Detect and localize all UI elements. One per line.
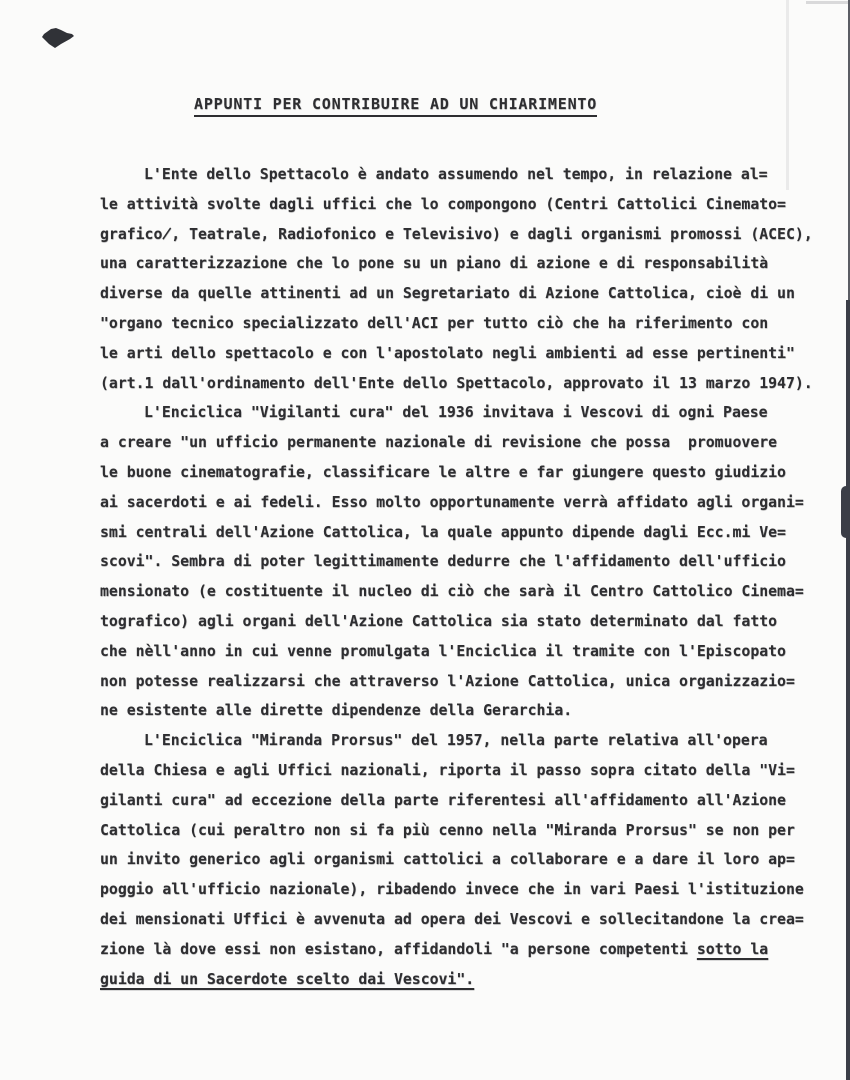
document-line: della Chiesa e agli Uffici nazionali, ri…	[100, 756, 820, 786]
text-segment: L'Ente dello Spettacolo è andato assumen…	[144, 166, 768, 183]
document-line: L'Ente dello Spettacolo è andato assumen…	[100, 160, 820, 190]
document-line: guida di un Sacerdote scelto dai Vescovi…	[100, 965, 820, 995]
document-line: le attività svolte dagli uffici che lo c…	[100, 190, 820, 220]
document-line: non potesse realizzarsi che attraverso l…	[100, 667, 820, 697]
document-line: gilanti cura" ad eccezione della parte r…	[100, 786, 820, 816]
text-segment: le attività svolte dagli uffici che lo c…	[100, 196, 786, 213]
text-segment: "organo tecnico specializzato dell'ACI p…	[100, 315, 768, 332]
text-segment: un invito generico agli organismi cattol…	[100, 851, 795, 868]
text-segment: non potesse realizzarsi che attraverso l…	[100, 673, 795, 690]
scan-edge-strip-lower	[846, 300, 850, 1080]
text-segment: smi centrali dell'Azione Cattolica, la q…	[100, 524, 786, 541]
document-body: L'Ente dello Spettacolo è andato assumen…	[100, 160, 820, 994]
text-segment: della Chiesa e agli Uffici nazionali, ri…	[100, 762, 795, 779]
text-segment: ai sacerdoti e ai fedeli. Esso molto opp…	[100, 494, 804, 511]
text-segment: grafico̸, Teatrale, Radiofonico e Televi…	[100, 226, 813, 243]
text-segment: Cattolica (cui peraltro non si fa più ce…	[100, 822, 795, 839]
document-line: ne esistente alle dirette dipendenze del…	[100, 696, 820, 726]
scanned-document-page: APPUNTI PER CONTRIBUIRE AD UN CHIARIMENT…	[0, 0, 850, 1080]
text-segment: una caratterizzazione che lo pone su un …	[100, 255, 768, 272]
document-line: mensionato (e costituente il nucleo di c…	[100, 577, 820, 607]
text-segment: le arti dello spettacolo e con l'apostol…	[100, 345, 795, 362]
document-line: un invito generico agli organismi cattol…	[100, 845, 820, 875]
scan-edge-strip-blob	[841, 486, 850, 538]
paragraph: L'Enciclica "Vigilanti cura" del 1936 in…	[100, 398, 820, 726]
paragraph: L'Enciclica "Miranda Prorsus" del 1957, …	[100, 726, 820, 994]
text-segment: le buone cinematografie, classificare le…	[100, 464, 786, 481]
document-line: una caratterizzazione che lo pone su un …	[100, 249, 820, 279]
document-line: tografico) agli organi dell'Azione Catto…	[100, 607, 820, 637]
text-segment: scovi". Sembra di poter legittimamente d…	[100, 553, 786, 570]
document-line: "organo tecnico specializzato dell'ACI p…	[100, 309, 820, 339]
text-segment: L'Enciclica "Vigilanti cura" del 1936 in…	[144, 404, 768, 421]
document-line: grafico̸, Teatrale, Radiofonico e Televi…	[100, 220, 820, 250]
text-segment: ne esistente alle dirette dipendenze del…	[100, 702, 572, 719]
text-segment: a creare "un ufficio permanente nazional…	[100, 434, 777, 451]
document-line: smi centrali dell'Azione Cattolica, la q…	[100, 518, 820, 548]
text-segment: dei mensionati Uffici è avvenuta ad oper…	[100, 911, 804, 928]
document-line: che nèll'anno in cui venne promulgata l'…	[100, 637, 820, 667]
ink-blot-mark	[41, 27, 77, 51]
document-line: (art.1 dall'ordinamento dell'Ente dello …	[100, 369, 820, 399]
page-title: APPUNTI PER CONTRIBUIRE AD UN CHIARIMENT…	[194, 95, 597, 117]
document-line: diverse da quelle attinenti ad un Segret…	[100, 279, 820, 309]
paragraph: L'Ente dello Spettacolo è andato assumen…	[100, 160, 820, 398]
document-line: Cattolica (cui peraltro non si fa più ce…	[100, 816, 820, 846]
text-segment: mensionato (e costituente il nucleo di c…	[100, 583, 804, 600]
document-line: ai sacerdoti e ai fedeli. Esso molto opp…	[100, 488, 820, 518]
underlined-text-segment: guida di un Sacerdote scelto dai Vescovi…	[100, 971, 474, 988]
document-line: poggio all'ufficio nazionale), ribadendo…	[100, 875, 820, 905]
document-line: L'Enciclica "Vigilanti cura" del 1936 in…	[100, 398, 820, 428]
document-line: le buone cinematografie, classificare le…	[100, 458, 820, 488]
text-segment: che nèll'anno in cui venne promulgata l'…	[100, 643, 786, 660]
document-line: L'Enciclica "Miranda Prorsus" del 1957, …	[100, 726, 820, 756]
document-line: le arti dello spettacolo e con l'apostol…	[100, 339, 820, 369]
text-segment: (art.1 dall'ordinamento dell'Ente dello …	[100, 375, 813, 392]
document-line: zione là dove essi non esistano, affidan…	[100, 935, 820, 965]
text-segment: gilanti cura" ad eccezione della parte r…	[100, 792, 786, 809]
text-segment: L'Enciclica "Miranda Prorsus" del 1957, …	[144, 732, 768, 749]
text-segment: diverse da quelle attinenti ad un Segret…	[100, 285, 795, 302]
text-segment: zione là dove essi non esistano, affidan…	[100, 941, 697, 958]
document-line: a creare "un ufficio permanente nazional…	[100, 428, 820, 458]
document-line: dei mensionati Uffici è avvenuta ad oper…	[100, 905, 820, 935]
text-segment: poggio all'ufficio nazionale), ribadendo…	[100, 881, 804, 898]
underlined-text-segment: sotto la	[697, 941, 768, 958]
scan-streak-artifact	[786, 0, 789, 190]
text-segment: tografico) agli organi dell'Azione Catto…	[100, 613, 777, 630]
scan-topline-artifact	[806, 1, 850, 4]
document-line: scovi". Sembra di poter legittimamente d…	[100, 547, 820, 577]
